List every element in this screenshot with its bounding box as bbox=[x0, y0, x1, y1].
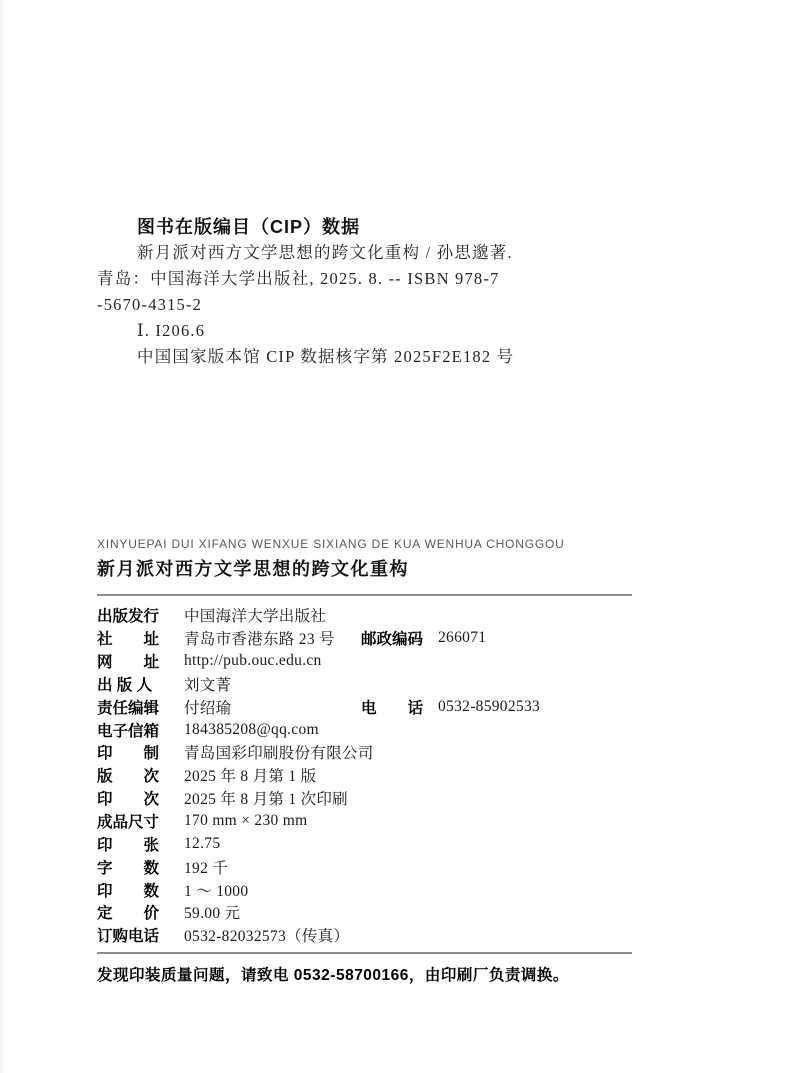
colophon-value: 170 mm × 230 mm bbox=[184, 812, 307, 830]
colophon-value: 266071 bbox=[438, 629, 486, 647]
colophon-value: http://pub.ouc.edu.cn bbox=[184, 652, 322, 670]
colophon-col2: 电 话 0532-85902533 bbox=[361, 695, 540, 718]
colophon-row-printer: 印 制 青岛国彩印刷股份有限公司 bbox=[97, 741, 632, 764]
bottom-divider bbox=[97, 952, 632, 954]
colophon-row-address: 社 址 青岛市香港东路 23 号 邮政编码 266071 bbox=[97, 627, 632, 650]
colophon-label: 责任编辑 bbox=[97, 696, 161, 718]
colophon-row-email: 电子信箱 184385208@qq.com bbox=[97, 718, 632, 741]
colophon-value: 2025 年 8 月第 1 版 bbox=[184, 764, 316, 786]
colophon-label: 印 数 bbox=[97, 879, 161, 901]
colophon-col2: 邮政编码 266071 bbox=[361, 627, 486, 650]
colophon-value: 1 ～ 1000 bbox=[184, 879, 248, 901]
quality-note: 发现印装质量问题，请致电 0532-58700166，由印刷厂负责调换。 bbox=[97, 965, 657, 987]
colophon-row-website: 网 址 http://pub.ouc.edu.cn bbox=[97, 650, 632, 673]
colophon-row-wordcount: 字 数 192 千 bbox=[97, 855, 632, 878]
colophon-label: 订购电话 bbox=[97, 924, 161, 946]
cip-heading: 图书在版编目（CIP）数据 bbox=[97, 214, 642, 240]
colophon-value: 0532-85902533 bbox=[438, 698, 540, 716]
colophon-row-edition: 版 次 2025 年 8 月第 1 版 bbox=[97, 764, 632, 787]
colophon-value: 刘文菁 bbox=[184, 673, 231, 695]
colophon-label: 印 制 bbox=[97, 741, 161, 763]
colophon-label: 印 张 bbox=[97, 833, 161, 855]
colophon-label: 电 话 bbox=[361, 696, 425, 718]
colophon-row-printrun: 印 数 1 ～ 1000 bbox=[97, 878, 632, 901]
colophon-label: 版 次 bbox=[97, 764, 161, 786]
colophon-label: 电子信箱 bbox=[97, 719, 161, 741]
colophon-value: 192 千 bbox=[184, 856, 228, 878]
title-block: XINYUEPAI DUI XIFANG WENXUE SIXIANG DE K… bbox=[97, 537, 632, 581]
colophon-row-editor: 责任编辑 付绍瑜 电 话 0532-85902533 bbox=[97, 695, 632, 718]
cip-line: -5670-4315-2 bbox=[97, 292, 642, 318]
colophon-value: 青岛市香港东路 23 号 bbox=[184, 627, 335, 649]
colophon-value: 中国海洋大学出版社 bbox=[184, 604, 326, 626]
colophon-row-publisher-person: 出 版 人 刘文菁 bbox=[97, 673, 632, 696]
colophon-row-sheets: 印 张 12.75 bbox=[97, 832, 632, 855]
colophon: 出版发行 中国海洋大学出版社 社 址 青岛市香港东路 23 号 邮政编码 266… bbox=[97, 604, 632, 947]
cip-line: Ⅰ. I206.6 bbox=[97, 318, 642, 344]
colophon-label: 网 址 bbox=[97, 650, 161, 672]
colophon-value: 2025 年 8 月第 1 次印刷 bbox=[184, 787, 348, 809]
colophon-value: 付绍瑜 bbox=[184, 696, 231, 718]
colophon-value: 0532-82032573（传真） bbox=[184, 924, 349, 946]
colophon-label: 字 数 bbox=[97, 856, 161, 878]
colophon-row-publisher: 出版发行 中国海洋大学出版社 bbox=[97, 604, 632, 627]
colophon-row-orderphone: 订购电话 0532-82032573（传真） bbox=[97, 924, 632, 947]
book-title-pinyin: XINYUEPAI DUI XIFANG WENXUE SIXIANG DE K… bbox=[97, 537, 632, 551]
colophon-label: 社 址 bbox=[97, 627, 161, 649]
colophon-value: 青岛国彩印刷股份有限公司 bbox=[184, 741, 374, 763]
colophon-value: 184385208@qq.com bbox=[184, 721, 319, 739]
colophon-label: 出版发行 bbox=[97, 604, 161, 626]
colophon-label: 出 版 人 bbox=[97, 673, 161, 695]
cip-line: 青岛：中国海洋大学出版社, 2025. 8. -- ISBN 978-7 bbox=[97, 266, 642, 292]
colophon-row-impression: 印 次 2025 年 8 月第 1 次印刷 bbox=[97, 787, 632, 810]
title-divider bbox=[97, 594, 632, 596]
colophon-row-size: 成品尺寸 170 mm × 230 mm bbox=[97, 810, 632, 833]
cip-block: 图书在版编目（CIP）数据 新月派对西方文学思想的跨文化重构 / 孙思邈著. 青… bbox=[97, 214, 642, 370]
cip-line: 中国国家版本馆 CIP 数据核字第 2025F2E182 号 bbox=[97, 344, 642, 370]
colophon-value: 12.75 bbox=[184, 835, 220, 853]
copyright-page: 图书在版编目（CIP）数据 新月派对西方文学思想的跨文化重构 / 孙思邈著. 青… bbox=[0, 0, 799, 1073]
colophon-row-price: 定 价 59.00 元 bbox=[97, 901, 632, 924]
colophon-label: 定 价 bbox=[97, 901, 161, 923]
cip-line: 新月派对西方文学思想的跨文化重构 / 孙思邈著. bbox=[97, 240, 642, 266]
colophon-label: 成品尺寸 bbox=[97, 810, 161, 832]
colophon-label: 印 次 bbox=[97, 787, 161, 809]
colophon-label: 邮政编码 bbox=[361, 627, 425, 649]
colophon-value: 59.00 元 bbox=[184, 901, 240, 923]
book-title: 新月派对西方文学思想的跨文化重构 bbox=[97, 557, 632, 581]
